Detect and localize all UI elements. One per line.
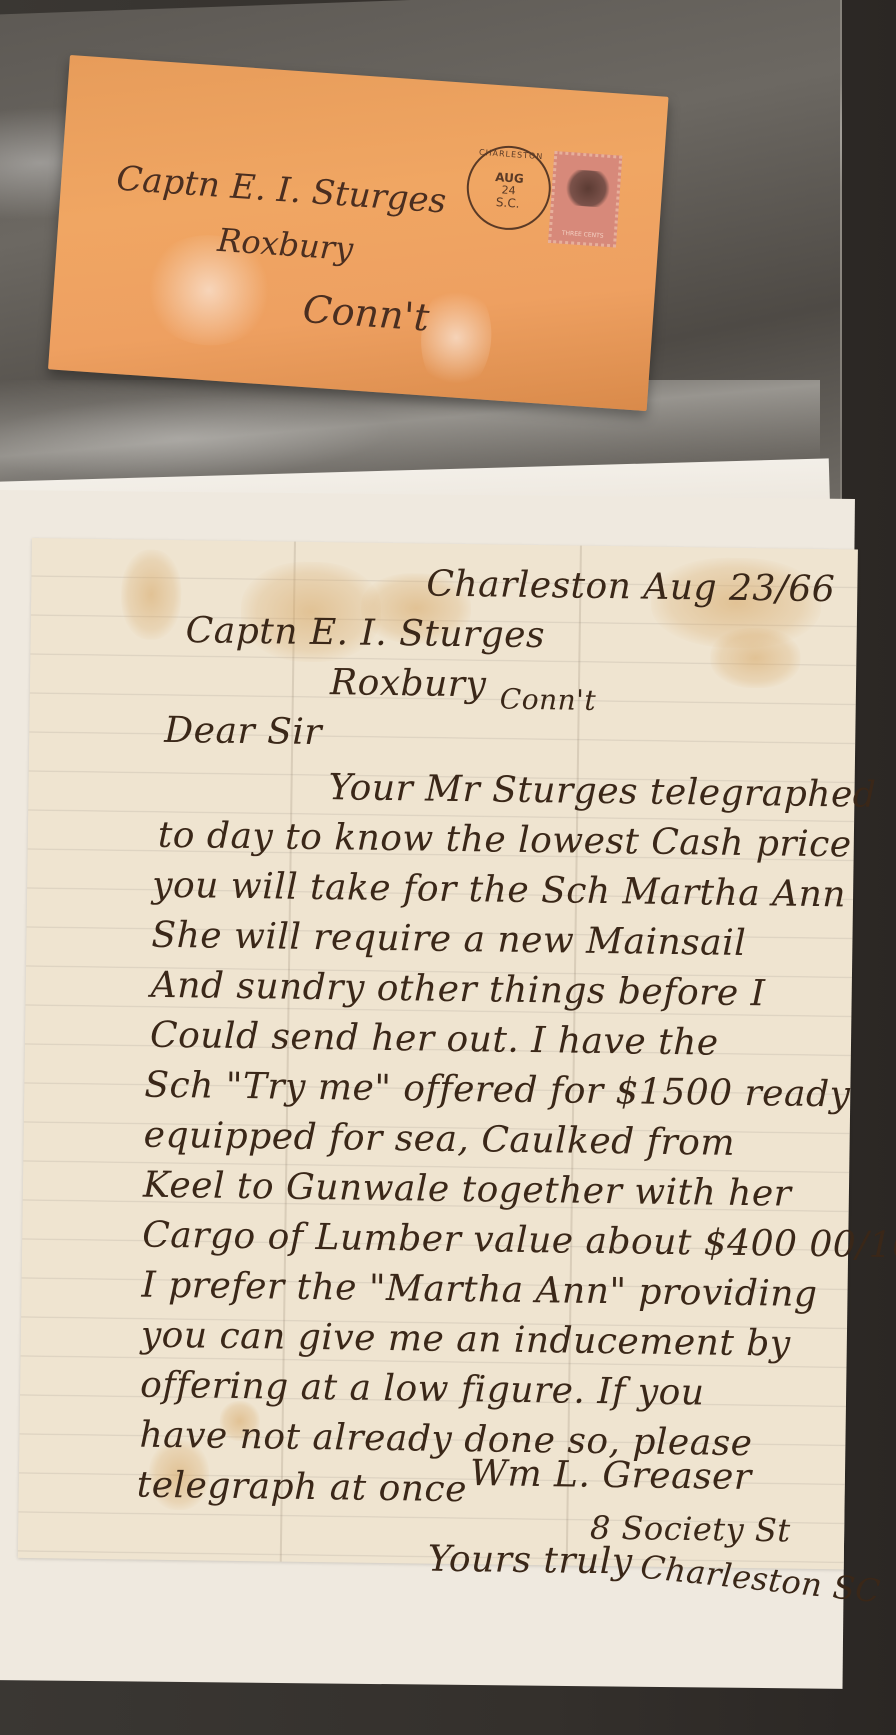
letter-page: Charleston Aug 23/66 Captn E. I. Sturges… <box>18 538 858 1569</box>
postage-stamp: THREE CENTS <box>548 151 622 248</box>
postmark-city: CHARLESTON <box>471 148 551 162</box>
stain <box>121 549 182 640</box>
body-line: Your Mr Sturges telegraphed <box>328 767 876 816</box>
postmark: CHARLESTON AUG 24 S.C. <box>464 143 554 233</box>
envelope: CHARLESTON AUG 24 S.C. THREE CENTS Captn… <box>48 55 669 411</box>
body-line: equipped for sea, Caulked from <box>143 1115 735 1164</box>
recipient-state: Conn't <box>500 683 597 717</box>
body-line: to day to know the lowest Cash price <box>158 815 852 866</box>
body-line: And sundry other things before I <box>150 965 765 1015</box>
body-line: Cargo of Lumber value about $400 00/100 <box>142 1215 896 1267</box>
body-line: telegraph at once <box>137 1465 468 1511</box>
body-line: Sch "Try me" offered for $1500 ready <box>144 1065 851 1116</box>
envelope-address-state: Conn't <box>301 287 430 340</box>
dateline: Charleston Aug 23/66 <box>426 564 835 611</box>
salutation: Dear Sir <box>164 710 322 753</box>
body-line: Could send her out. I have the <box>150 1015 719 1064</box>
body-line: She will require a new Mainsail <box>151 915 746 964</box>
envelope-address-name: Captn E. I. Sturges <box>115 159 447 222</box>
photo-scene: CHARLESTON AUG 24 S.C. THREE CENTS Captn… <box>0 0 896 1735</box>
stamp-denomination: THREE CENTS <box>552 229 614 240</box>
body-line: you will take for the Sch Martha Ann <box>152 865 846 916</box>
cancel-mark-icon <box>564 169 612 208</box>
body-line: I prefer the "Martha Ann" providing <box>141 1265 818 1315</box>
stain <box>710 627 801 688</box>
body-line: you can give me an inducement by <box>141 1315 791 1365</box>
signature: Wm L. Greaser <box>470 1453 752 1498</box>
sender-street: 8 Society St <box>590 1509 791 1550</box>
body-line: offering at a low figure. If you <box>140 1365 705 1414</box>
recipient-town: Roxbury <box>330 662 487 705</box>
body-line: Keel to Gunwale together with her <box>143 1165 792 1215</box>
recipient-name: Captn E. I. Sturges <box>185 610 545 656</box>
